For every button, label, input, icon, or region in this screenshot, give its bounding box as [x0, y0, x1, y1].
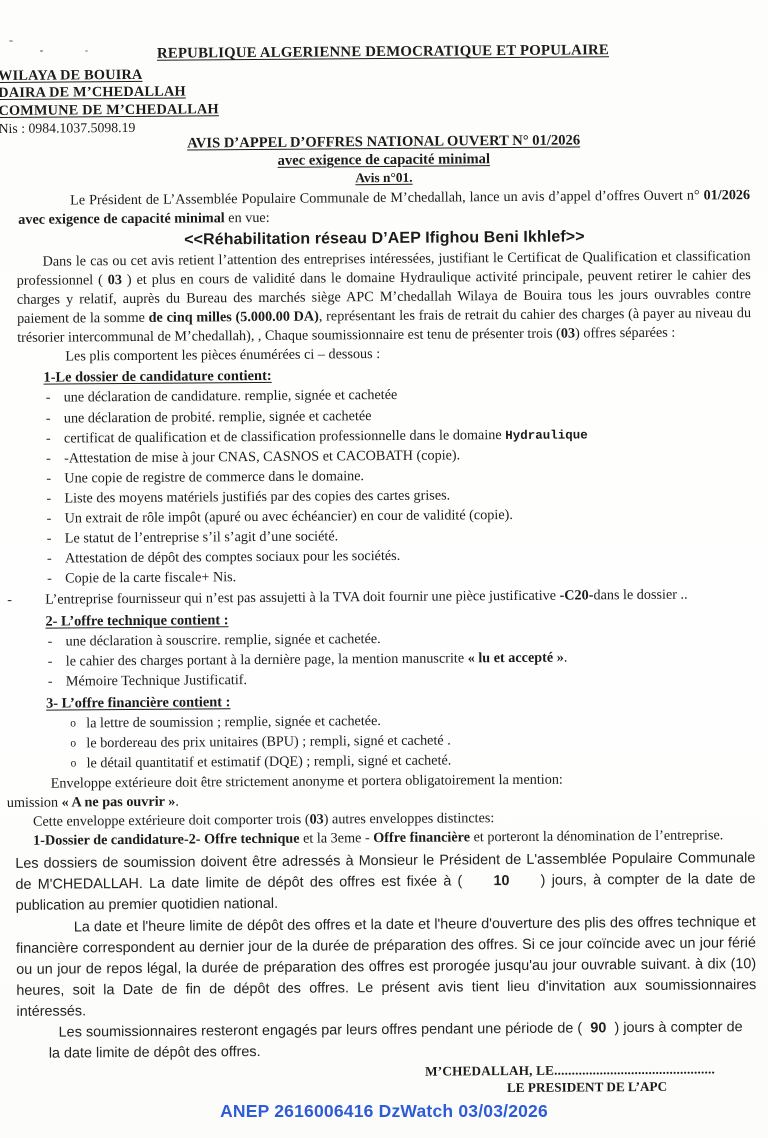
list-item: -une déclaration de probité. remplie, si… — [46, 405, 746, 428]
text-segment: le cahier des charges portant à la derni… — [66, 650, 468, 669]
list-item: -Liste des moyens matériels justifiés pa… — [46, 485, 746, 508]
document-page: REPUBLIQUE ALGERIENNE DEMOCRATIQUE ET PO… — [0, 0, 768, 1138]
list-item: ole bordereau des prix unitaires (BPU) ;… — [70, 730, 748, 753]
scanned-content: REPUBLIQUE ALGERIENNE DEMOCRATIQUE ET PO… — [0, 0, 768, 1100]
text-segment-bold: 03 — [108, 272, 122, 288]
list-item-text: Attestation de dépôt des comptes sociaux… — [65, 548, 400, 569]
tva-note: -L’entreprise fournisseur qui n’est pas … — [45, 585, 743, 609]
plis-line: Les plis comportent les pièces énumérées… — [65, 344, 751, 366]
list-item: -Mémoire Technique Justificatif. — [48, 668, 748, 691]
list-item: -une déclaration à souscrire. remplie, s… — [48, 628, 748, 651]
list-item: --Attestation de mise à jour CNAS, CASNO… — [46, 445, 746, 468]
dash-marker: - — [47, 551, 65, 569]
dash-marker: - — [46, 390, 64, 408]
text-segment: en vue: — [225, 210, 270, 226]
text-segment: . — [564, 649, 568, 665]
text-segment: umission — [7, 794, 62, 810]
list-item-text: une déclaration de candidature. remplie,… — [64, 387, 398, 408]
dash-marker: - — [46, 430, 64, 448]
list-item-text: Liste des moyens matériels justifiés par… — [64, 487, 450, 508]
text-segment: et la 3eme - — [299, 830, 373, 847]
list-item-text: Mémoire Technique Justificatif. — [66, 672, 247, 691]
main-paragraph: Dans le cas ou cet avis retient l’attent… — [17, 247, 752, 347]
list-item-text: Copie de la carte fiscale+ Nis. — [65, 569, 236, 588]
dash-marker: - — [46, 470, 64, 488]
circle-marker: o — [70, 755, 86, 773]
list-item-text: le cahier des charges portant à la derni… — [66, 649, 568, 671]
closing-paragraph-2: La date et l'heure limite de dépôt des o… — [16, 912, 757, 1022]
dash-marker: - — [47, 530, 65, 548]
list-item: -certificat de qualification et de class… — [46, 425, 746, 448]
list-item-text: une déclaration de probité. remplie, sig… — [64, 408, 372, 428]
text-segment-bold: 03 — [309, 811, 323, 827]
dash-marker: - — [48, 653, 66, 671]
text-segment: Les soumissionnaires resteront engagés p… — [59, 1021, 591, 1041]
list-item-text: Une copie de registre de commerce dans l… — [64, 468, 364, 488]
text-segment: Cette enveloppe extérieure doit comporte… — [33, 812, 310, 830]
org-header: WILAYA DE BOUIRA DAIRA DE M’CHEDALLAH CO… — [0, 62, 749, 120]
list-item: -Un extrait de rôle impôt (apuré ou avec… — [47, 505, 747, 528]
list-item: -Le statut de l’entreprise s’il s’agit d… — [47, 525, 747, 548]
closing-paragraph-3: Les soumissionnaires resteront engagés p… — [49, 1018, 743, 1065]
dash-marker: - — [7, 591, 12, 609]
signature-block: M’CHEDALLAH, LE.........................… — [25, 1061, 757, 1100]
offre-financiere-list: ola lettre de soumission ; remplie, sign… — [70, 710, 748, 773]
list-item: -Une copie de registre de commerce dans … — [46, 465, 746, 488]
closing-paragraph-1: Les dossiers de soumission doivent être … — [15, 849, 755, 917]
text-segment: L’entreprise fournisseur qui n’est pas a… — [45, 588, 559, 608]
text-segment: Le Président de L’Assemblée Populaire Co… — [70, 188, 704, 209]
dash-marker: - — [46, 450, 64, 468]
list-item-text: -Attestation de mise à jour CNAS, CASNOS… — [64, 447, 460, 468]
section2-heading: 2- L’offre technique contient : — [45, 608, 753, 631]
domain-word: Hydraulique — [505, 428, 588, 443]
text-segment-bold: « A ne pas ouvrir » — [62, 794, 176, 811]
list-item-text: Le statut de l’entreprise s’il s’agit d’… — [65, 528, 339, 548]
list-item-text: le bordereau des prix unitaires (BPU) ; … — [86, 732, 451, 753]
text-segment-bold: 90 — [590, 1021, 606, 1037]
text-segment-bold: « lu et accepté » — [468, 649, 564, 666]
republic-title: REPUBLIQUE ALGERIENNE DEMOCRATIQUE ET PO… — [17, 41, 749, 64]
text-segment-bold: Offre financière — [373, 829, 470, 846]
dash-marker: - — [48, 673, 66, 691]
intro-paragraph: Le Président de L’Assemblée Populaire Co… — [18, 186, 750, 229]
dash-marker: - — [48, 633, 66, 651]
list-item-text: une déclaration à souscrire. remplie, si… — [66, 631, 381, 651]
list-item: -Copie de la carte fiscale+ Nis. — [47, 565, 747, 588]
text-segment: . — [175, 794, 179, 810]
text-segment: ) offres séparées : — [575, 324, 675, 341]
list-item: ole détail quantitatif et estimatif (DQE… — [70, 750, 748, 773]
list-item: -le cahier des charges portant à la dern… — [48, 648, 748, 671]
text-segment-bold: 10 — [493, 873, 509, 889]
text-segment: ) autres enveloppes distinctes: — [324, 810, 495, 827]
candidature-list: -une déclaration de candidature. remplie… — [46, 385, 748, 589]
text-segment-bold: 1-Dossier de candidature-2- Offre techni… — [33, 831, 300, 849]
list-item-text: la lettre de soumission ; remplie, signé… — [86, 713, 381, 733]
dash-marker: - — [47, 510, 65, 528]
list-item-text: certificat de qualification et de classi… — [64, 426, 588, 448]
list-item: ola lettre de soumission ; remplie, sign… — [70, 710, 748, 733]
text-segment: dans le dossier .. — [593, 587, 687, 604]
section3-heading: 3- L’offre financière contient : — [46, 690, 754, 713]
circle-marker: o — [70, 735, 86, 753]
list-item-text: Un extrait de rôle impôt (apuré ou avec … — [65, 507, 513, 528]
anep-footer: ANEP 2616006416 DzWatch 03/03/2026 — [0, 1101, 768, 1122]
section1-heading: 1-Le dossier de candidature contient: — [43, 365, 751, 388]
dash-marker: - — [47, 571, 65, 589]
dash-marker: - — [46, 410, 64, 428]
text-segment: et porteront la dénomination de l’entrep… — [470, 827, 723, 845]
text-segment-bold: -C20- — [559, 588, 593, 604]
text-segment-bold: de cinq milles (5.000.00 DA) — [149, 308, 319, 325]
dash-marker: - — [46, 490, 64, 508]
text-segment: certificat de qualification et de classi… — [64, 427, 505, 446]
circle-marker: o — [70, 715, 86, 733]
list-item: -une déclaration de candidature. remplie… — [46, 385, 746, 408]
list-item-text: le détail quantitatif et estimatif (DQE)… — [86, 752, 451, 773]
list-item: -Attestation de dépôt des comptes sociau… — [47, 545, 747, 568]
text-segment-bold: 03 — [561, 325, 575, 341]
offre-technique-list: -une déclaration à souscrire. remplie, s… — [48, 628, 748, 692]
